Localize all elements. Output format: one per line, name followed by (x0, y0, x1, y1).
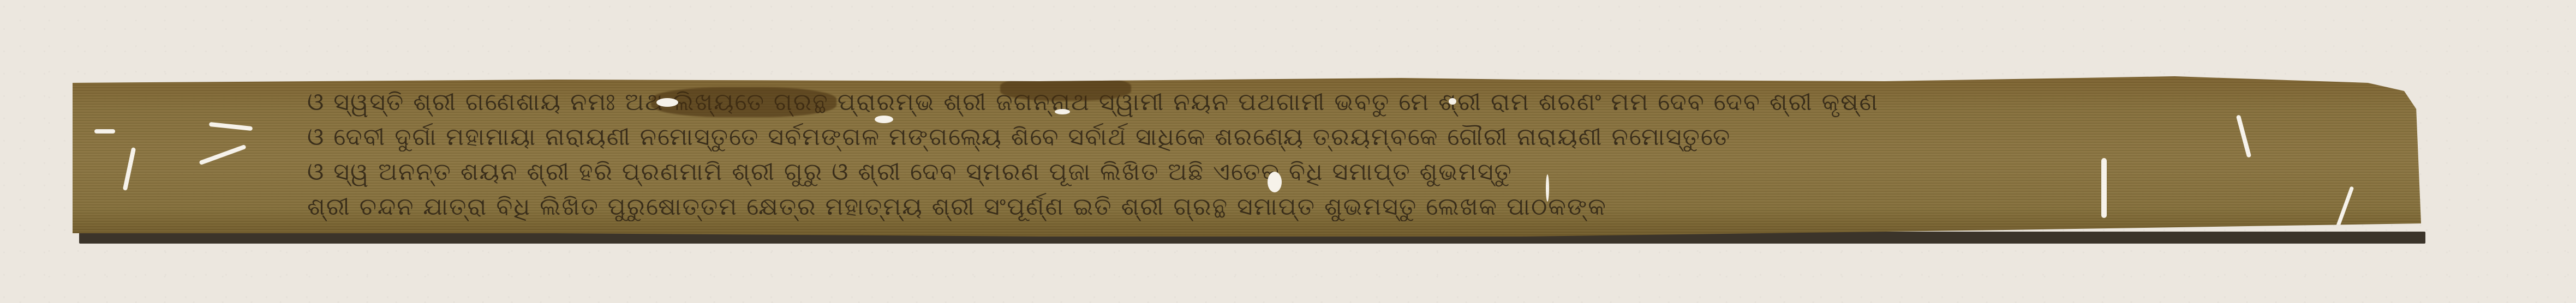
worm-hole (1449, 98, 1456, 105)
manuscript-line-4: ଶ୍ରୀ ଚନ୍ଦନ ଯାତ୍ରା ବିଧି ଲିଖିତ ପୁରୁଷୋତ୍ତମ … (307, 193, 1607, 221)
worm-hole (1055, 109, 1070, 114)
worm-hole (1557, 249, 1560, 253)
worm-hole (875, 116, 893, 123)
manuscript-line-2: ଓ ଦେବୀ ଦୁର୍ଗା ମହାମାୟା ନାରାୟଣୀ ନମୋସ୍ତୁତେ … (307, 123, 1731, 151)
worm-hole (2101, 158, 2107, 218)
insect-damage (651, 87, 836, 117)
manuscript-line-3: ଓ ସ୍ୱ ଅନନ୍ତ ଶୟନ ଶ୍ରୀ ହରି ପ୍ରଣମାମି ଶ୍ରୀ ଗ… (307, 158, 1513, 186)
worm-hole (1546, 174, 1549, 202)
worm-hole (1268, 172, 1282, 192)
insect-damage (1000, 76, 1131, 101)
worm-hole (94, 129, 115, 134)
palm-leaf-manuscript: ଓ ସ୍ୱସ୍ତି ଶ୍ରୀ ଗଣେଶାୟ ନମଃ ଅଥ ଲିଖ୍ୟତେ ଗ୍ର… (73, 76, 2489, 240)
worm-hole (656, 98, 678, 107)
